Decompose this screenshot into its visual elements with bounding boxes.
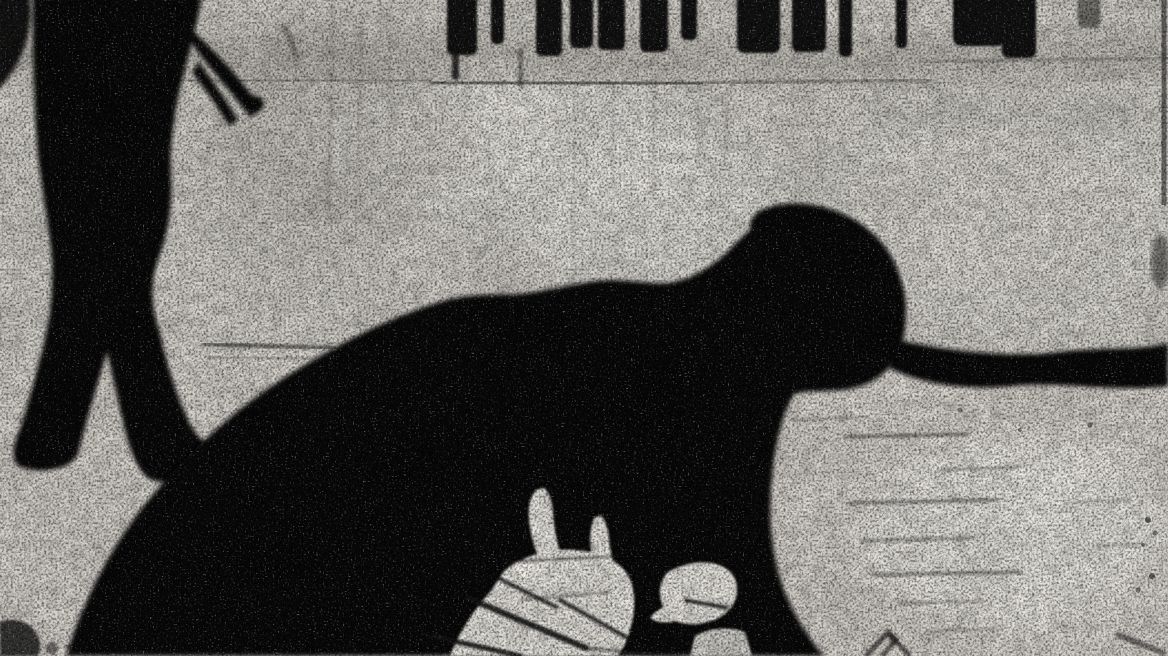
halftone-photograph bbox=[0, 0, 1168, 656]
white-speckle-overlay bbox=[0, 0, 1168, 656]
photo-canvas bbox=[0, 0, 1168, 656]
grain-overlays bbox=[0, 0, 1168, 656]
